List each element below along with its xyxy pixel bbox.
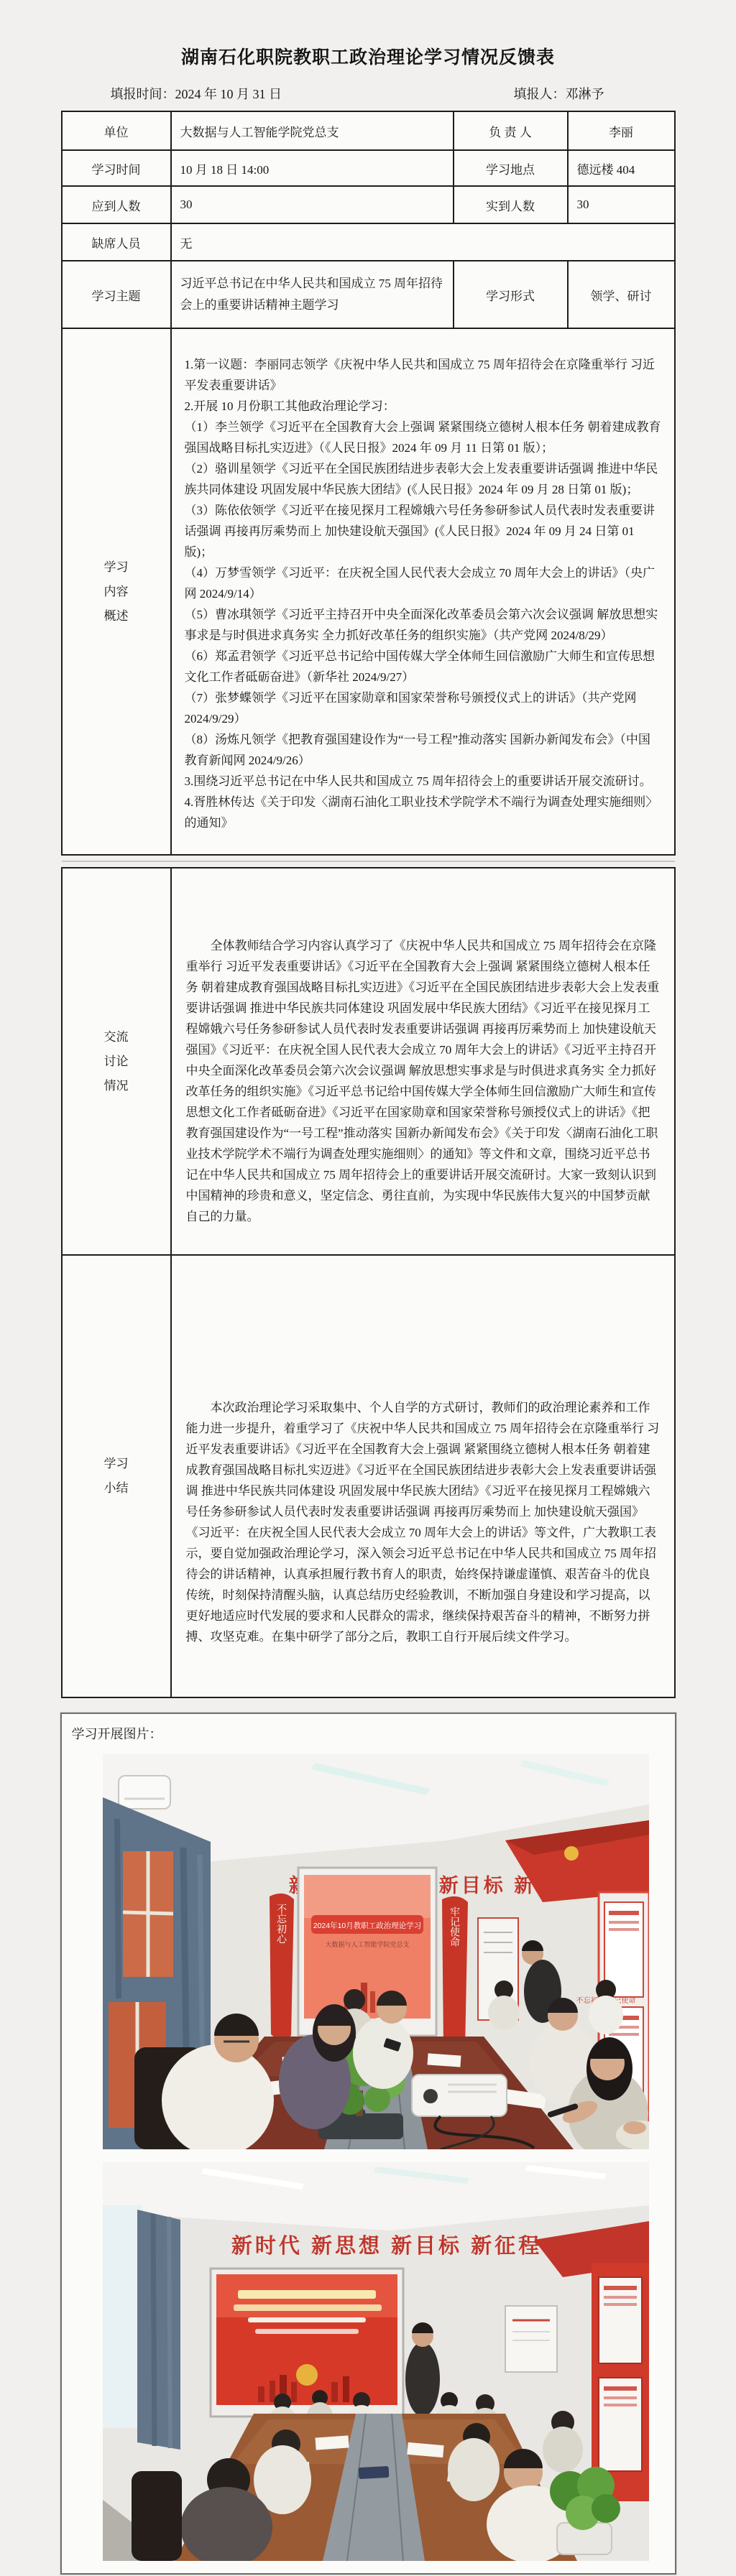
table-row: 应到人数 30 实到人数 30 — [62, 186, 675, 223]
theme-label: 学习主题 — [62, 261, 171, 328]
actual-label: 实到人数 — [454, 186, 568, 223]
meeting-photo-1: 新时代 新思想 新目标 新征程 不忘初心 牢记使命 — [103, 1754, 649, 2149]
photo2-doc-board — [505, 2306, 557, 2372]
head-value: 李丽 — [568, 111, 675, 150]
theme-value: 习近平总书记在中华人民共和国成立 75 周年招待会上的重要讲话精神主题学习 — [171, 261, 454, 328]
summary-label: 学习 小结 — [62, 1255, 171, 1697]
info-table: 单位 大数据与人工智能学院党总支 负 责 人 李丽 学习时间 10 月 18 日… — [61, 111, 676, 856]
table-row: 交流 讨论 情况 全体教师结合学习内容认真学习了《庆祝中华人民共和国成立 75 … — [62, 868, 675, 1255]
slide-subtitle-text: 大数据与人工智能学院党总支 — [325, 1940, 409, 1948]
photo1-ribbon-right: 牢记使命 — [442, 1896, 468, 2053]
unit-label: 单位 — [62, 111, 171, 150]
photo1-projection-screen: 2024年10月教职工政治理论学习 大数据与人工智能学院党总支 — [298, 1868, 436, 2036]
photo2-projection-screen — [211, 2269, 403, 2417]
unit-value: 大数据与人工智能学院党总支 — [171, 111, 454, 150]
table-row: 学习时间 10 月 18 日 14:00 学习地点 德远楼 404 — [62, 150, 675, 186]
time-label: 学习时间 — [62, 150, 171, 186]
overview-label: 学习 内容 概述 — [62, 328, 171, 855]
photos-heading: 学习开展图片： — [62, 1714, 675, 1744]
reporter-label: 填报人： — [514, 87, 566, 101]
table-row: 单位 大数据与人工智能学院党总支 负 责 人 李丽 — [62, 111, 675, 150]
form-label: 学习形式 — [454, 261, 568, 328]
table-row: 学习主题 习近平总书记在中华人民共和国成立 75 周年招待会上的重要讲话精神主题… — [62, 261, 675, 328]
photo1-ribbon-left: 不忘初心 — [270, 1894, 294, 2039]
time-value: 10 月 18 日 14:00 — [171, 150, 454, 186]
place-value: 德远楼 404 — [568, 150, 675, 186]
expected-value: 30 — [171, 186, 454, 223]
report-time-value: 2024 年 10 月 31 日 — [175, 87, 282, 101]
document-page: 湖南石化职院教职工政治理论学习情况反馈表 填报时间：2024 年 10 月 31… — [0, 43, 736, 2575]
photo2-banner-text: 新时代 新思想 新目标 新征程 — [231, 2234, 541, 2258]
reporter-value: 邓淋予 — [566, 87, 604, 101]
report-time-label: 填报时间： — [111, 87, 175, 101]
slide-title-text: 2024年10月教职工政治理论学习 — [313, 1921, 421, 1930]
form-value: 领学、研讨 — [568, 261, 675, 328]
table-row: 缺席人员 无 — [62, 223, 675, 261]
absent-label: 缺席人员 — [62, 223, 171, 261]
summary-text: 本次政治理论学习采取集中、个人自学的方式研讨，教师们的政治理论素养和工作能力进一… — [171, 1255, 675, 1697]
meeting-photo-2: 新时代 新思想 新目标 新征程 — [103, 2162, 649, 2561]
ribbon-left-text: 不忘初心 — [276, 1904, 287, 1944]
place-label: 学习地点 — [454, 150, 568, 186]
absent-value: 无 — [171, 223, 675, 261]
table-row: 学习 小结 本次政治理论学习采取集中、个人自学的方式研讨，教师们的政治理论素养和… — [62, 1255, 675, 1697]
ribbon-right-text: 牢记使命 — [449, 1906, 461, 1947]
photos-section: 学习开展图片： — [60, 1713, 676, 2575]
table-row: 学习 内容 概述 1.第一议题：李丽同志领学《庆祝中华人民共和国成立 75 周年… — [62, 328, 675, 855]
page-break-shadow — [62, 856, 675, 867]
page-title: 湖南石化职院教职工政治理论学习情况反馈表 — [0, 43, 736, 69]
discussion-text: 全体教师结合学习内容认真学习了《庆祝中华人民共和国成立 75 周年招待会在京隆重… — [171, 868, 675, 1255]
report-time: 填报时间：2024 年 10 月 31 日 — [111, 85, 282, 103]
discussion-summary-table: 交流 讨论 情况 全体教师结合学习内容认真学习了《庆祝中华人民共和国成立 75 … — [61, 867, 676, 1698]
ac-unit-icon — [119, 1776, 170, 1809]
meta-row: 填报时间：2024 年 10 月 31 日 填报人：邓淋予 — [62, 85, 675, 103]
photo2-window-curtain — [103, 2205, 180, 2450]
overview-text: 1.第一议题：李丽同志领学《庆祝中华人民共和国成立 75 周年招待会在京隆重举行… — [171, 328, 675, 855]
actual-value: 30 — [568, 186, 675, 223]
reporter: 填报人：邓淋予 — [514, 85, 604, 103]
discussion-label: 交流 讨论 情况 — [62, 868, 171, 1255]
expected-label: 应到人数 — [62, 186, 171, 223]
head-label: 负 责 人 — [454, 111, 568, 150]
